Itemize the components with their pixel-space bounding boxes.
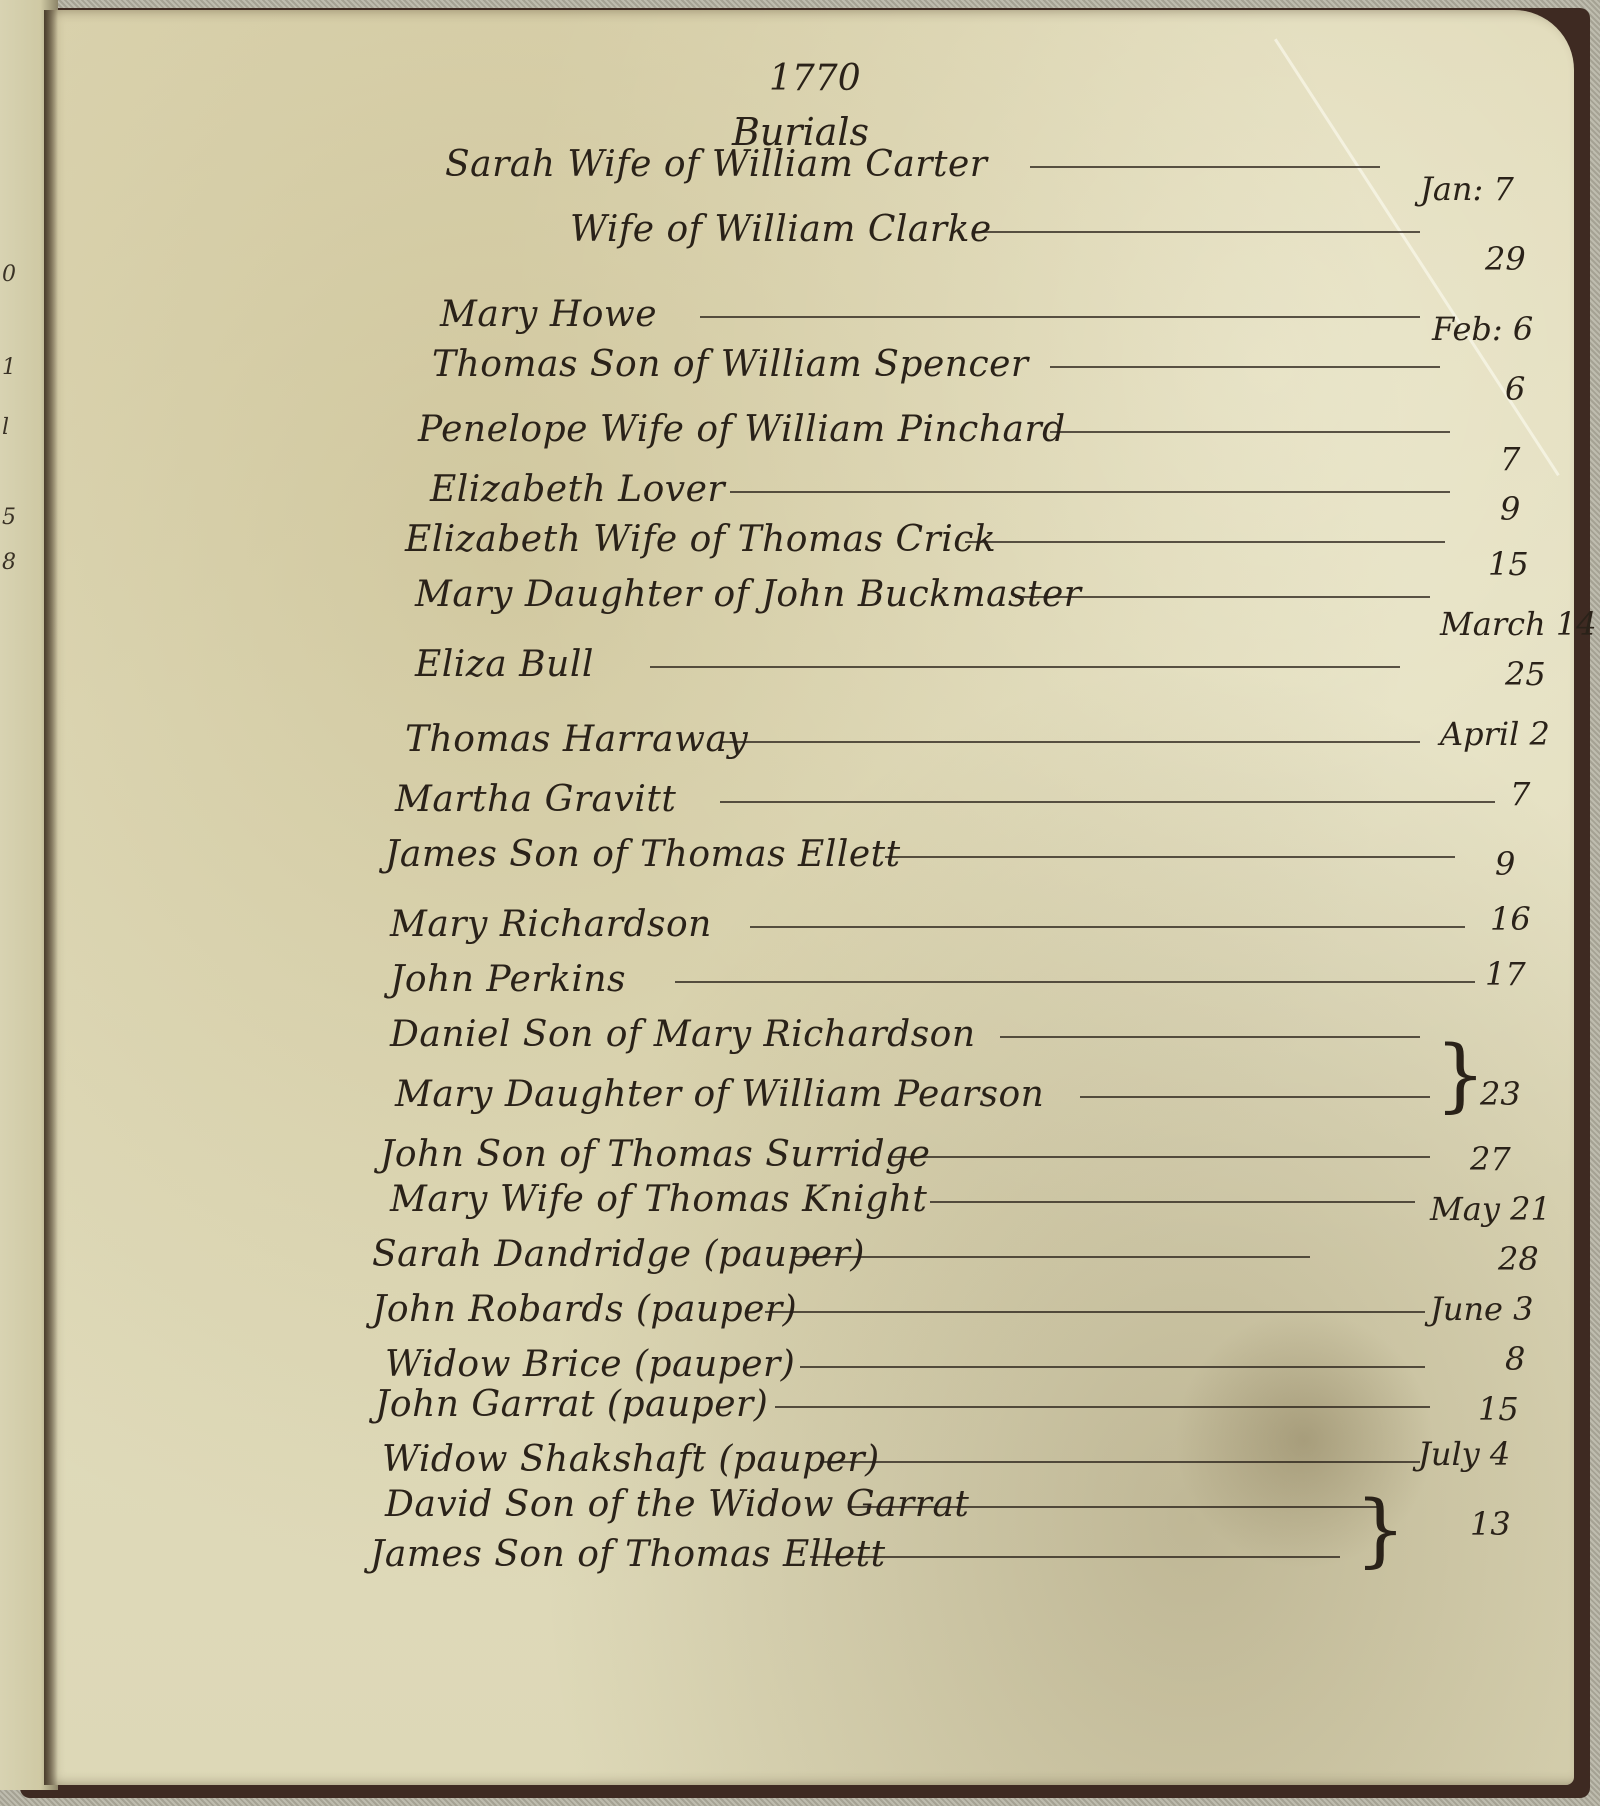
entry-date: 9 [1495, 845, 1515, 883]
entry-name: Daniel Son of Mary Richardson [390, 1014, 976, 1055]
entry-name: David Son of the Widow Garrat [385, 1484, 969, 1525]
entry-date: 13 [1470, 1505, 1511, 1543]
entry-name: Thomas Son of William Spencer [432, 344, 1029, 385]
entry-rule-line [1050, 366, 1440, 368]
entry-rule-line [720, 741, 1420, 743]
entry-date: 16 [1490, 900, 1531, 938]
entry-name: Penelope Wife of William Pinchard [418, 409, 1066, 450]
entry-date: April 2 [1440, 715, 1550, 753]
entry-date: 29 [1485, 240, 1526, 278]
entry-name: Martha Gravitt [395, 779, 676, 820]
register-page: 1770 Burials Sarah Wife of William Carte… [44, 10, 1574, 1785]
entry-name: Eliza Bull [415, 644, 594, 685]
entry-name: John Son of Thomas Surridge [380, 1134, 930, 1175]
entry-date: May 21 [1430, 1190, 1551, 1228]
entry-rule-line [1015, 596, 1430, 598]
entry-date: 15 [1478, 1390, 1519, 1428]
entry-date: 9 [1500, 490, 1520, 528]
entry-name: James Son of Thomas Ellett [370, 1534, 886, 1575]
entry-date: Feb: 6 [1432, 310, 1533, 348]
entry-name: Elizabeth Lover [430, 469, 725, 510]
entry-name: Mary Daughter of William Pearson [395, 1074, 1044, 1115]
bracket-brace-icon: } [1355, 1490, 1406, 1570]
entry-date: 28 [1498, 1240, 1539, 1278]
margin-mark: 8 [2, 550, 16, 575]
entry-date: 27 [1470, 1140, 1511, 1178]
entry-name: James Son of Thomas Ellett [385, 834, 901, 875]
entry-name: Wife of William Clarke [570, 209, 992, 250]
entry-date: 23 [1480, 1075, 1521, 1113]
entry-date: 15 [1488, 545, 1529, 583]
entry-name: Mary Richardson [390, 904, 712, 945]
entry-name: John Perkins [390, 959, 626, 1000]
register-year: 1770 [769, 58, 861, 99]
entry-rule-line [810, 1556, 1340, 1558]
entry-date: June 3 [1430, 1290, 1534, 1328]
entry-rule-line [775, 1406, 1430, 1408]
entry-rule-line [1030, 166, 1380, 168]
entry-rule-line [1050, 431, 1450, 433]
entry-rule-line [675, 981, 1475, 983]
entry-rule-line [730, 491, 1450, 493]
entry-rule-line [1000, 1036, 1420, 1038]
page-gutter-shadow [44, 10, 58, 1785]
entry-name: Thomas Harraway [405, 719, 748, 760]
entry-rule-line [750, 926, 1465, 928]
entry-date: 6 [1505, 370, 1525, 408]
entry-name: John Robards (pauper) [372, 1289, 797, 1330]
entry-name: John Garrat (pauper) [375, 1384, 768, 1425]
entry-name: Sarah Wife of William Carter [445, 144, 988, 185]
margin-mark: 0 [2, 262, 16, 287]
entry-name: Mary Daughter of John Buckmaster [415, 574, 1082, 615]
entry-date: 17 [1485, 955, 1526, 993]
entry-rule-line [1080, 1096, 1430, 1098]
entry-rule-line [720, 801, 1495, 803]
entry-name: Mary Howe [440, 294, 657, 335]
entry-rule-line [975, 231, 1420, 233]
entry-date: 7 [1500, 440, 1520, 478]
entry-name: Elizabeth Wife of Thomas Crick [405, 519, 996, 560]
entry-name: Sarah Dandridge (pauper) [372, 1234, 865, 1275]
entry-date: March 14 [1440, 605, 1597, 643]
entry-date: Jan: 7 [1420, 170, 1514, 208]
entry-name: Widow Brice (pauper) [385, 1344, 795, 1385]
entry-rule-line [850, 1506, 1380, 1508]
entry-rule-line [890, 1156, 1430, 1158]
entry-rule-line [795, 1256, 1310, 1258]
entry-rule-line [650, 666, 1400, 668]
entry-rule-line [820, 1461, 1420, 1463]
entry-rule-line [885, 856, 1455, 858]
entry-date: July 4 [1418, 1435, 1510, 1473]
entry-date: 8 [1505, 1340, 1525, 1378]
entry-date: 7 [1510, 775, 1530, 813]
entry-rule-line [800, 1366, 1425, 1368]
bracket-brace-icon: } [1435, 1035, 1486, 1115]
entry-date: 25 [1505, 655, 1546, 693]
entry-rule-line [930, 1201, 1415, 1203]
entry-name: Mary Wife of Thomas Knight [390, 1179, 927, 1220]
margin-mark: 1 [2, 355, 16, 380]
entry-rule-line [700, 316, 1420, 318]
entry-rule-line [965, 541, 1445, 543]
entry-rule-line [765, 1311, 1425, 1313]
margin-mark: 5 [2, 505, 16, 530]
entry-name: Widow Shakshaft (pauper) [382, 1439, 880, 1480]
margin-mark: l [2, 415, 9, 440]
